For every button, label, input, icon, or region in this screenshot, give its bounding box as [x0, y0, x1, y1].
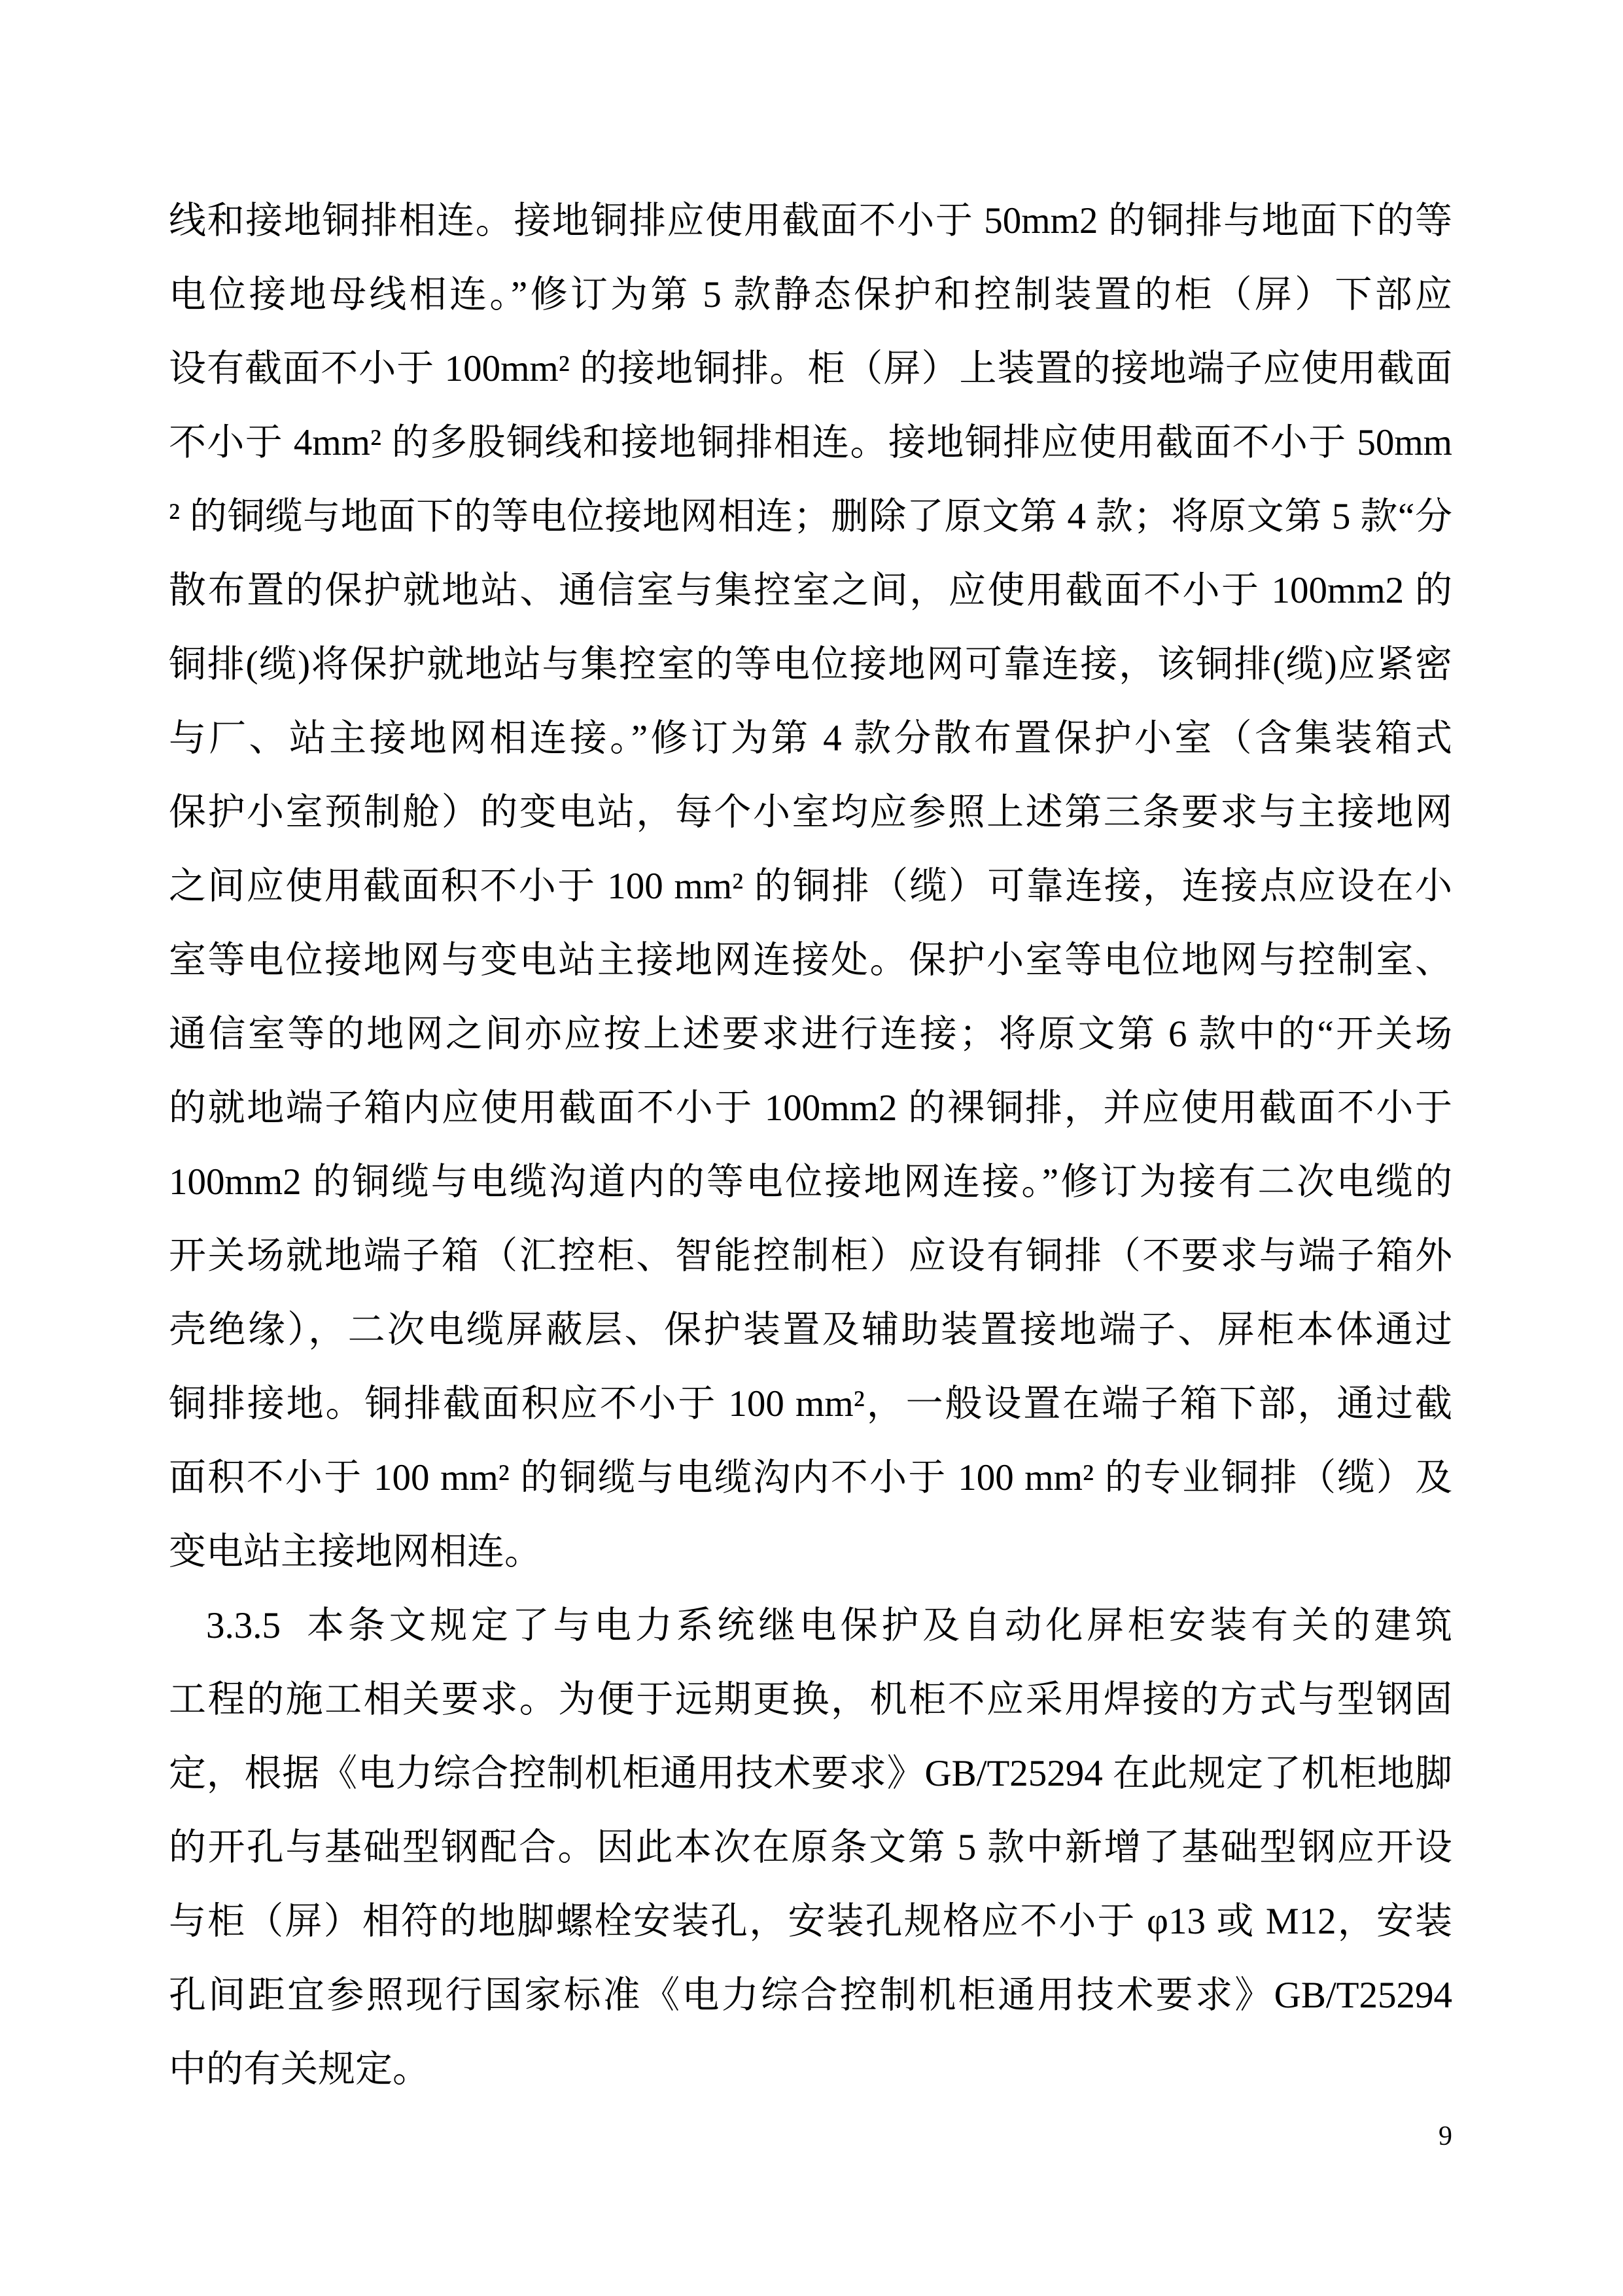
text-block: 线和接地铜排相连。接地铜排应使用截面不小于 50mm2 的铜排与地面下的等 电位… [169, 184, 1452, 2106]
text-line: 电位接地母线相连。”修订为第 5 款静态保护和控制装置的柜（屏）下部应 [169, 258, 1452, 332]
text-line: 与柜（屏）相符的地脚螺栓安装孔，安装孔规格应不小于 φ13 或 M12，安装 [169, 1884, 1452, 1958]
text-line: ² 的铜缆与地面下的等电位接地网相连；删除了原文第 4 款；将原文第 5 款“分 [169, 480, 1452, 554]
text-line-paragraph-end: 中的有关规定。 [169, 2032, 1452, 2106]
document-page: 线和接地铜排相连。接地铜排应使用截面不小于 50mm2 的铜排与地面下的等 电位… [0, 0, 1623, 2296]
text-line: 之间应使用截面积不小于 100 mm² 的铜排（缆）可靠连接，连接点应设在小 [169, 849, 1452, 923]
text-line: 散布置的保护就地站、通信室与集控室之间，应使用截面不小于 100mm2 的 [169, 554, 1452, 627]
text-line: 面积不小于 100 mm² 的铜缆与电缆沟内不小于 100 mm² 的专业铜排（… [169, 1441, 1452, 1515]
text-line: 保护小室预制舱）的变电站，每个小室均应参照上述第三条要求与主接地网 [169, 775, 1452, 849]
text-line-paragraph-end: 变电站主接地网相连。 [169, 1515, 1452, 1589]
text-line: 的开孔与基础型钢配合。因此本次在原条文第 5 款中新增了基础型钢应开设 [169, 1810, 1452, 1884]
text-line: 通信室等的地网之间亦应按上述要求进行连接；将原文第 6 款中的“开关场 [169, 997, 1452, 1071]
text-line: 工程的施工相关要求。为便于远期更换，机柜不应采用焊接的方式与型钢固 [169, 1663, 1452, 1737]
text-line: 室等电位接地网与变电站主接地网连接处。保护小室等电位地网与控制室、 [169, 923, 1452, 997]
text-line: 线和接地铜排相连。接地铜排应使用截面不小于 50mm2 的铜排与地面下的等 [169, 184, 1452, 258]
text-line: 铜排(缆)将保护就地站与集控室的等电位接地网可靠连接，该铜排(缆)应紧密 [169, 627, 1452, 701]
text-line: 壳绝缘），二次电缆屏蔽层、保护装置及辅助装置接地端子、屏柜本体通过 [169, 1293, 1452, 1367]
text-line: 的就地端子箱内应使用截面不小于 100mm2 的裸铜排，并应使用截面不小于 [169, 1071, 1452, 1145]
text-line: 设有截面不小于 100mm² 的接地铜排。柜（屏）上装置的接地端子应使用截面 [169, 332, 1452, 406]
text-line: 不小于 4mm² 的多股铜线和接地铜排相连。接地铜排应使用截面不小于 50mm [169, 406, 1452, 480]
text-line: 与厂、站主接地网相连接。”修订为第 4 款分散布置保护小室（含集装箱式 [169, 701, 1452, 775]
text-line: 开关场就地端子箱（汇控柜、智能控制柜）应设有铜排（不要求与端子箱外 [169, 1219, 1452, 1293]
text-line-section-3-3-5: 3.3.5 本条文规定了与电力系统继电保护及自动化屏柜安装有关的建筑 [169, 1589, 1452, 1663]
text-line: 孔间距宜参照现行国家标准《电力综合控制机柜通用技术要求》GB/T25294 [169, 1958, 1452, 2032]
text-line: 100mm2 的铜缆与电缆沟道内的等电位接地网连接。”修订为接有二次电缆的 [169, 1145, 1452, 1219]
page-number: 9 [169, 2120, 1452, 2153]
text-line: 铜排接地。铜排截面积应不小于 100 mm²，一般设置在端子箱下部，通过截 [169, 1367, 1452, 1441]
text-line: 定，根据《电力综合控制机柜通用技术要求》GB/T25294 在此规定了机柜地脚 [169, 1737, 1452, 1810]
